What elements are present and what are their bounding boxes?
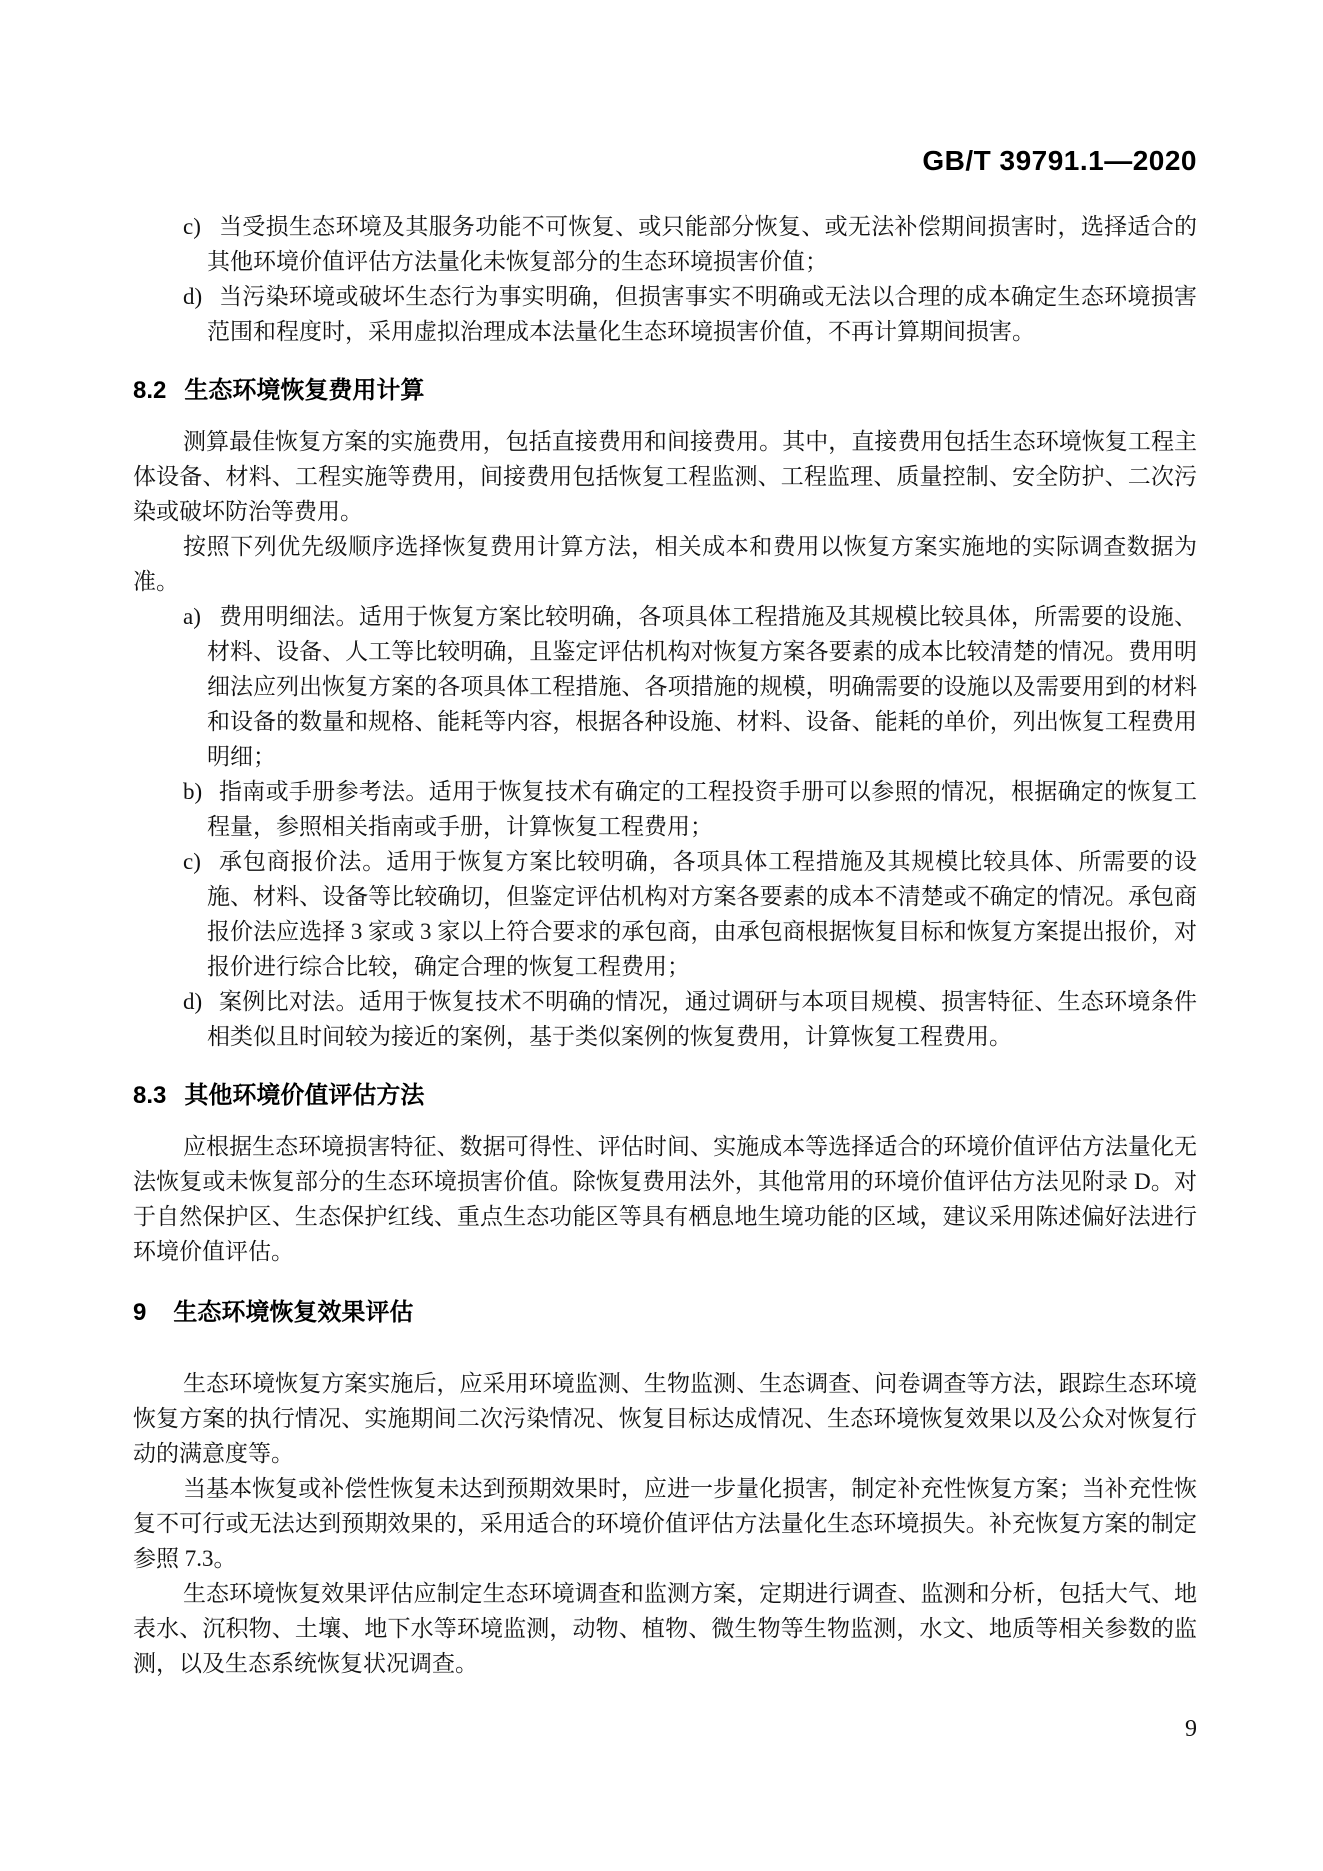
list-item-text: 费用明细法。适用于恢复方案比较明确，各项具体工程措施及其规模比较具体，所需要的设… — [207, 604, 1197, 769]
list-marker: c) — [183, 844, 201, 879]
list-marker: d) — [183, 984, 202, 1019]
section-heading-8-3: 8.3其他环境价值评估方法 — [133, 1078, 1197, 1113]
list-marker: d) — [183, 279, 202, 314]
standard-number-header: GB/T 39791.1—2020 — [133, 146, 1197, 176]
list-marker: c) — [183, 209, 201, 244]
list-marker: b) — [183, 774, 202, 809]
chapter-heading-9: 9生态环境恢复效果评估 — [133, 1295, 1197, 1330]
section-heading-8-2: 8.2生态环境恢复费用计算 — [133, 373, 1197, 408]
list-item-d: d) 当污染环境或破坏生态行为事实明确，但损害事实不明确或无法以合理的成本确定生… — [133, 279, 1197, 349]
paragraph: 应根据生态环境损害特征、数据可得性、评估时间、实施成本等选择适合的环境价值评估方… — [133, 1129, 1197, 1269]
paragraph: 按照下列优先级顺序选择恢复费用计算方法，相关成本和费用以恢复方案实施地的实际调查… — [133, 529, 1197, 599]
list-item-text: 案例比对法。适用于恢复技术不明确的情况，通过调研与本项目规模、损害特征、生态环境… — [207, 989, 1197, 1049]
paragraph: 当基本恢复或补偿性恢复未达到预期效果时，应进一步量化损害，制定补充性恢复方案；当… — [133, 1471, 1197, 1576]
section-title: 生态环境恢复费用计算 — [184, 377, 424, 404]
cost-method-list: a) 费用明细法。适用于恢复方案比较明确，各项具体工程措施及其规模比较具体，所需… — [133, 599, 1197, 1054]
section-number: 8.2 — [133, 377, 166, 404]
paragraph: 测算最佳恢复方案的实施费用，包括直接费用和间接费用。其中，直接费用包括生态环境恢… — [133, 424, 1197, 529]
list-item-b: b) 指南或手册参考法。适用于恢复技术有确定的工程投资手册可以参照的情况，根据确… — [133, 774, 1197, 844]
section-title: 其他环境价值评估方法 — [184, 1082, 424, 1109]
page-content: GB/T 39791.1—2020 c) 当受损生态环境及其服务功能不可恢复、或… — [133, 0, 1197, 1681]
chapter-number: 9 — [133, 1299, 146, 1326]
list-item-text: 当受损生态环境及其服务功能不可恢复、或只能部分恢复、或无法补偿期间损害时，选择适… — [207, 214, 1197, 274]
list-item-c: c) 承包商报价法。适用于恢复方案比较明确，各项具体工程措施及其规模比较具体、所… — [133, 844, 1197, 984]
list-item-c: c) 当受损生态环境及其服务功能不可恢复、或只能部分恢复、或无法补偿期间损害时，… — [133, 209, 1197, 279]
page-number: 9 — [1185, 1714, 1197, 1744]
list-item-text: 当污染环境或破坏生态行为事实明确，但损害事实不明确或无法以合理的成本确定生态环境… — [207, 284, 1197, 344]
section-number: 8.3 — [133, 1082, 166, 1109]
paragraph: 生态环境恢复方案实施后，应采用环境监测、生物监测、生态调查、问卷调查等方法，跟踪… — [133, 1366, 1197, 1471]
chapter-title: 生态环境恢复效果评估 — [173, 1299, 413, 1326]
list-item-d: d) 案例比对法。适用于恢复技术不明确的情况，通过调研与本项目规模、损害特征、生… — [133, 984, 1197, 1054]
list-item-a: a) 费用明细法。适用于恢复方案比较明确，各项具体工程措施及其规模比较具体，所需… — [133, 599, 1197, 774]
intro-list: c) 当受损生态环境及其服务功能不可恢复、或只能部分恢复、或无法补偿期间损害时，… — [133, 209, 1197, 349]
list-item-text: 承包商报价法。适用于恢复方案比较明确，各项具体工程措施及其规模比较具体、所需要的… — [207, 849, 1197, 979]
document-page: GB/T 39791.1—2020 c) 当受损生态环境及其服务功能不可恢复、或… — [0, 0, 1323, 1871]
list-item-text: 指南或手册参考法。适用于恢复技术有确定的工程投资手册可以参照的情况，根据确定的恢… — [207, 779, 1197, 839]
paragraph: 生态环境恢复效果评估应制定生态环境调查和监测方案，定期进行调查、监测和分析，包括… — [133, 1576, 1197, 1681]
list-marker: a) — [183, 599, 201, 634]
